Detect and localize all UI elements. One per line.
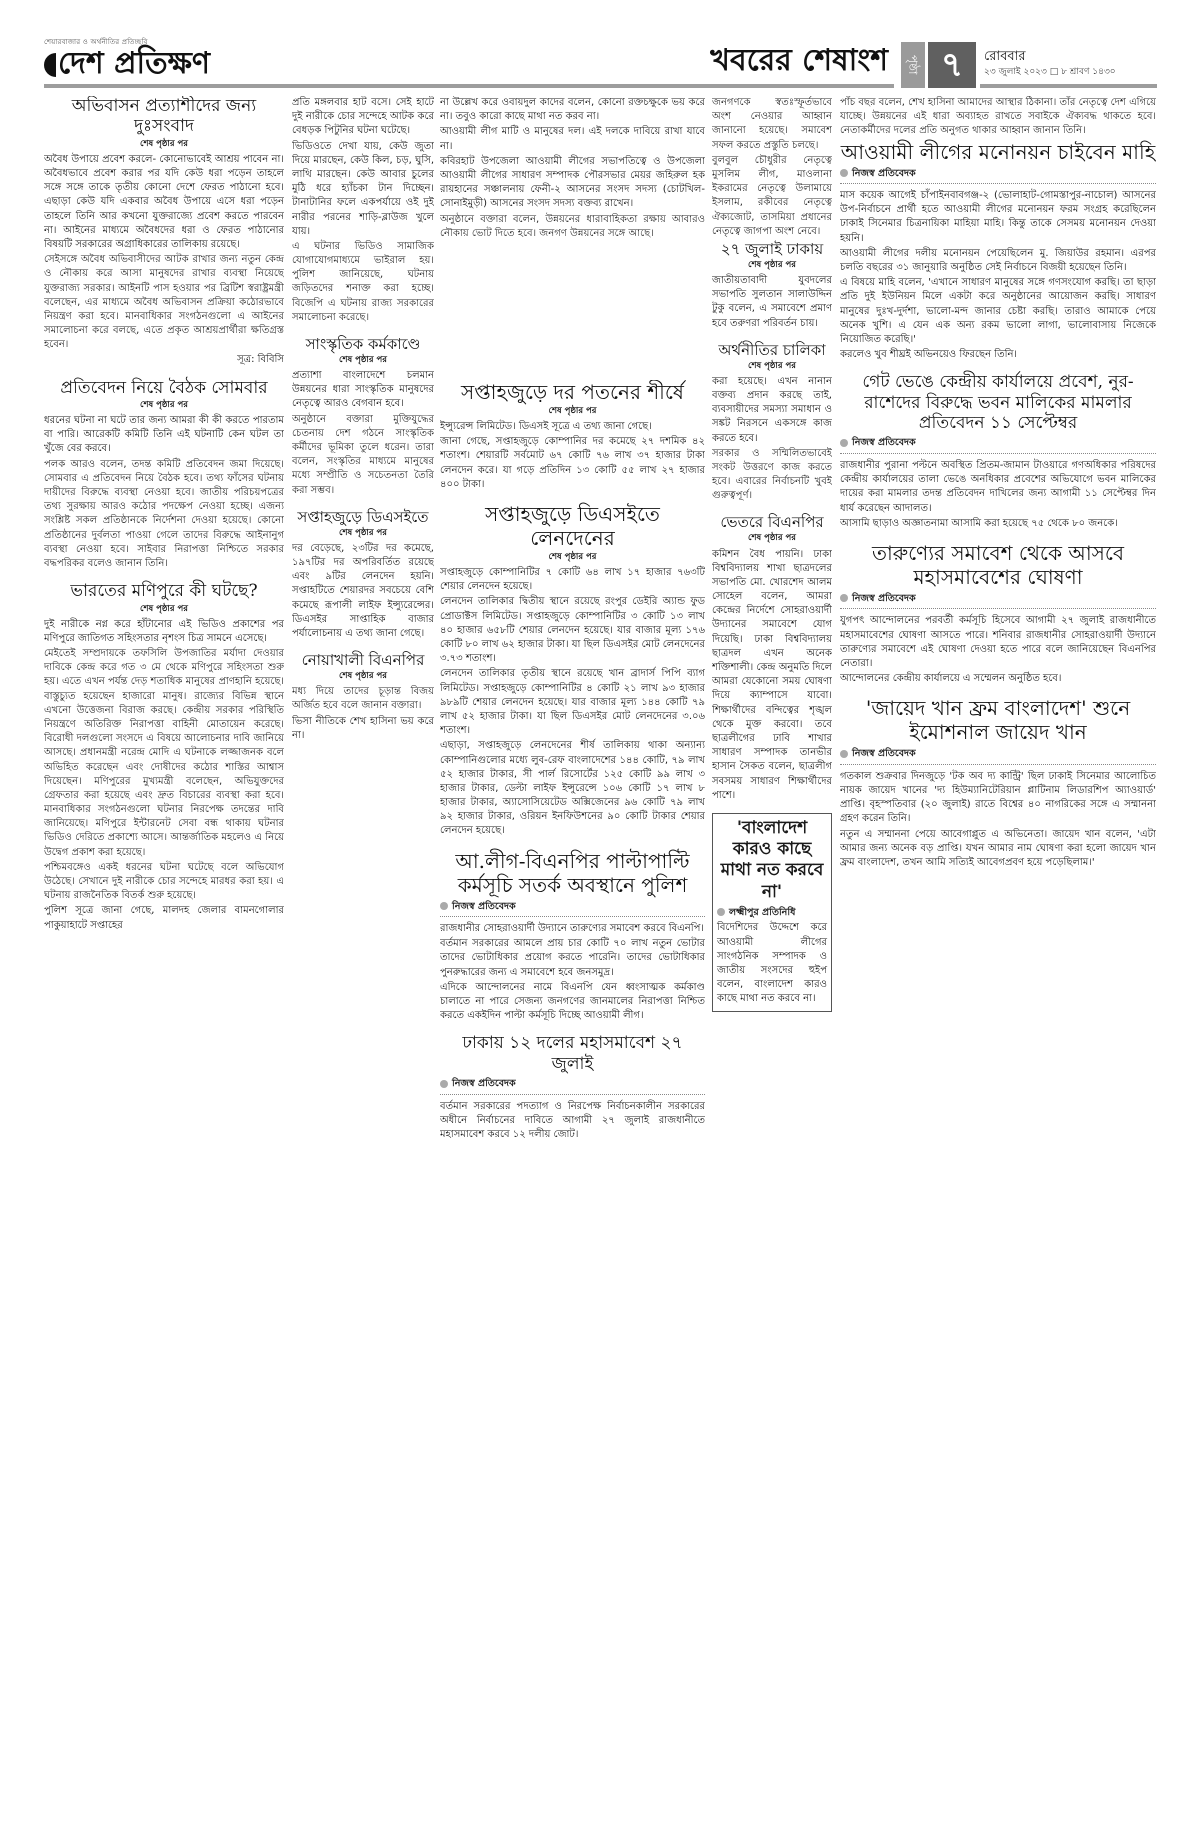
bullet-icon [440,1080,448,1088]
byline: নিজস্ব প্রতিবেদক [452,901,516,912]
logo[interactable]: শেয়ারবাজার ও অর্থনীতির প্রতিচ্ছবি দেশ প… [44,38,210,79]
column-3-top: না উল্লেখ করে ওবায়দুল কাদের বলেন, কোনো … [440,96,705,376]
article-body: অবৈধ উপায়ে প্রবেশ করলে- কোনোভাবেই আশ্রয… [44,153,284,252]
article-manipur[interactable]: ভারতের মণিপুরে কী ঘটছে? শেষ পৃষ্ঠার পর দ… [44,581,284,933]
article-body: লেনদেন তালিকার তৃতীয় স্থানে রয়েছে খান … [440,667,705,738]
article-headline[interactable]: অভিবাসন প্রত্যাশীদের জন্য দুঃসংবাদ [44,96,284,137]
page-label: পৃষ্ঠা [901,42,925,88]
bullet-icon [440,902,448,910]
article-headline[interactable]: সপ্তাহজুড়ে ডিএসইতে [292,508,434,526]
article-body: মাস কয়েক আগেই চাঁপাইনবাবগঞ্জ-২ (ভোলাহাট… [840,189,1156,246]
article-headline[interactable]: ২৭ জুলাই ঢাকায় [712,240,832,258]
article-body: আওয়ামী লীগের দলীয় মনোনয়ন পেয়েছিলেন ম… [840,247,1156,275]
divider [440,916,705,917]
divider [840,453,1156,454]
byline: নিজস্ব প্রতিবেদক [852,748,916,759]
newspaper-page: শেয়ারবাজার ও অর্থনীতির প্রতিচ্ছবি দেশ প… [0,0,1200,1843]
article-headline[interactable]: প্রতিবেদন নিয়ে বৈঠক সোমবার [44,378,284,398]
section-title: খবরের শেষাংশ [710,40,888,83]
emblem-icon [44,53,56,77]
article-price-fall[interactable]: সপ্তাহজুড়ে দর পতনের শীর্ষে শেষ পৃষ্ঠার … [440,380,705,492]
column-5: পাঁচ বছর বলেন, শেখ হাসিনা আমাদের আস্থার … [840,96,1156,1797]
bullet-icon [840,594,848,602]
continued-label: শেষ পৃষ্ঠার পর [292,670,434,682]
continued-label: শেষ পৃষ্ঠার পর [292,527,434,539]
article-body: করলেও খুব শীঘ্রই অভিনয়েও ফিরছেন তিনি। [840,348,1156,362]
article-dse-week[interactable]: সপ্তাহজুড়ে ডিএসইতে শেষ পৃষ্ঠার পর দর বে… [292,508,434,641]
article-body: আসামি ছাড়াও অজ্ঞাতনামা আসামি করা হয়েছে… [840,517,1156,531]
article-youth-rally[interactable]: তারুণ্যের সমাবেশ থেকে আসবে মহাসমাবেশের ঘ… [840,541,1156,686]
article-inside-bnp[interactable]: ভেতরে বিএনপির শেষ পৃষ্ঠার পর কমিশন বৈধ প… [712,513,832,802]
article-july27[interactable]: ২৭ জুলাই ঢাকায় শেষ পৃষ্ঠার পর জাতীয়তাব… [712,240,832,331]
bullet-icon [840,750,848,758]
article-body: প্রতি মঙ্গলবার হাট বসে। সেই হাটে দুই নার… [292,96,434,139]
article-market-incident[interactable]: প্রতি মঙ্গলবার হাট বসে। সেই হাটে দুই নার… [292,96,434,325]
article-body: এ বিষয়ে মাহি বলেন, 'এখানে সাধারণ মানুষে… [840,276,1156,347]
article-body: গতকাল শুক্রবার দিনজুড়ে 'টক অব দ্য কান্ট… [840,770,1156,827]
header-rule [980,84,1157,88]
continued-label: শেষ পৃষ্ঠার পর [712,532,832,544]
article-body: যুগপৎ আন্দোলনের পরবর্তী কর্মসূচি হিসেবে … [840,614,1156,671]
article-body: নতুন এ সম্মাননা পেয়ে আবেগাপ্লুত এ অভিনে… [840,828,1156,871]
article-headline[interactable]: 'বাংলাদেশ কারও কাছে মাথা নত করবে না' [717,818,827,903]
column-2: প্রতি মঙ্গলবার হাট বসে। সেই হাটে দুই নার… [292,96,434,1797]
byline: নিজস্ব প্রতিবেদক [452,1078,516,1089]
article-body: ধরনের ঘটনা না ঘটে তার জন্য আমরা কী কী কর… [44,414,284,457]
article-transactions[interactable]: সপ্তাহজুড়ে ডিএসইতে লেনদেনের শেষ পৃষ্ঠার… [440,502,705,839]
divider [840,183,1156,184]
article-body: এছাড়া, সপ্তাহজুড়ে লেনদেনের শীর্ষ তালিক… [440,739,705,838]
divider [840,764,1156,765]
article-body: কমিশন বৈধ পায়নি। ঢাকা বিশ্ববিদ্যালয় শা… [712,548,832,803]
date-block: রোববার ২৩ জুলাই ২০২৩ □ ৮ শ্রাবণ ১৪৩০ [984,48,1116,79]
article-body: দুই নারীকে নগ্ন করে হাঁটানোর এই ভিডিও প্… [44,618,284,646]
bullet-icon [840,169,848,177]
article-body: ভিসা নীতিকে শেখ হাসিনা ভয় করে না। [292,715,434,743]
article-body: কবিরহাট উপজেলা আওয়ামী লীগের সভাপতিত্বে … [440,155,705,212]
continued-label: শেষ পৃষ্ঠার পর [712,259,832,271]
page-number: ৭ [928,42,976,88]
byline: লক্ষ্মীপুর প্রতিনিধি [729,907,795,918]
continued-label: শেষ পৃষ্ঠার পর [44,399,284,411]
article-body: না উল্লেখ করে ওবায়দুল কাদের বলেন, কোনো … [440,96,705,124]
article-headline[interactable]: ভেতরে বিএনপির [712,513,832,531]
divider [840,608,1156,609]
article-gate[interactable]: গেট ভেঙে কেন্দ্রীয় কার্যালয়ে প্রবেশ, ন… [840,372,1156,531]
masthead: শেয়ারবাজার ও অর্থনীতির প্রতিচ্ছবি দেশ প… [0,0,1200,90]
article-bangladesh-quote[interactable]: 'বাংলাদেশ কারও কাছে মাথা নত করবে না' লক্… [712,813,832,1013]
article-dhaka-rally[interactable]: ঢাকায় ১২ দলের মহাসমাবেশ ২৭ জুলাই নিজস্ব… [440,1033,705,1142]
article-economy[interactable]: অর্থনীতির চালিকা শেষ পৃষ্ঠার পর করা হয়ে… [712,341,832,504]
column-1: অভিবাসন প্রত্যাশীদের জন্য দুঃসংবাদ শেষ প… [44,96,284,1797]
continued-label: শেষ পৃষ্ঠার পর [712,360,832,372]
continued-label: শেষ পৃষ্ঠার পর [440,551,705,563]
article-body: করা হয়েছে। এখন নানান বক্তব্য প্রদান করছ… [712,375,832,446]
article-headline[interactable]: সপ্তাহজুড়ে ডিএসইতে লেনদেনের [440,502,705,550]
continued-label: শেষ পৃষ্ঠার পর [44,603,284,615]
byline: নিজস্ব প্রতিবেদক [852,593,916,604]
article-headline[interactable]: ঢাকায় ১২ দলের মহাসমাবেশ ২৭ জুলাই [440,1033,705,1074]
date: ২৩ জুলাই ২০২৩ □ ৮ শ্রাবণ ১৪৩০ [984,66,1116,79]
article-headline[interactable]: তারুণ্যের সমাবেশ থেকে আসবে মহাসমাবেশের ঘ… [840,541,1156,589]
logo-text: দেশ প্রতিক্ষণ [58,46,210,81]
article-body: লেনদেন তালিকার দ্বিতীয় স্থানে রয়েছে রং… [440,595,705,666]
article-body: সপ্তাহজুড়ে কোম্পানিটির ৭ কোটি ৬৪ লাখ ১৭… [440,566,705,594]
article-zayed[interactable]: 'জায়েদ খান ফ্রম বাংলাদেশ' শুনে ইমোশনাল … [840,696,1156,870]
continued-label: শেষ পৃষ্ঠার পর [440,405,705,417]
divider [440,1094,705,1095]
article-footer: পুলিশ সূত্রে জানা গেছে, মালদহ জেলার বামন… [44,904,284,932]
byline: নিজস্ব প্রতিবেদক [852,168,916,179]
article-headline[interactable]: নোয়াখালী বিএনপির [292,651,434,669]
continued-label: শেষ পৃষ্ঠার পর [44,138,284,150]
byline: নিজস্ব প্রতিবেদক [852,437,916,448]
article-immigration[interactable]: অভিবাসন প্রত্যাশীদের জন্য দুঃসংবাদ শেষ প… [44,96,284,368]
article-body: ভিডিওতে দেখা যায়, কেউ জুতা দিয়ে মারছেন… [292,140,434,239]
continued-label: শেষ পৃষ্ঠার পর [292,354,434,366]
article-headline[interactable]: সপ্তাহজুড়ে দর পতনের শীর্ষে [440,380,705,404]
source-credit: সূত্র: বিবিসি [44,353,284,367]
article-headline[interactable]: সাংস্কৃতিক কর্মকাণ্ডে [292,335,434,353]
article-body: এদিকে আন্দোলনের নামে বিএনপি যেন ধ্বংসাত্… [440,981,705,1024]
article-noakhali[interactable]: নোয়াখালী বিএনপির শেষ পৃষ্ঠার পর মধ্য দি… [292,651,434,743]
weekday: রোববার [984,48,1116,66]
article-headline[interactable]: 'জায়েদ খান ফ্রম বাংলাদেশ' শুনে ইমোশনাল … [840,696,1156,744]
article-body: দর বেড়েছে, ২৩টির দর কমেছে, ১৯৭টির দর অপ… [292,542,434,641]
column-4: জনগণকে স্বতঃস্ফূর্তভাবে অংশ নেওয়ার আহ্ব… [712,96,832,1797]
article-body: বর্তমান সরকারের আমলে প্রায় চার কোটি ৭০ … [440,937,705,980]
article-body: প্রত্যাশা বাংলাদেশে চলমান উন্নয়নের ধারা… [292,369,434,412]
article-body: জাতীয়তাবাদী যুবদলের সভাপতি সুলতান সালাউ… [712,274,832,331]
article-mahi[interactable]: আওয়ামী লীগের মনোনয়ন চাইবেন মাহি নিজস্ব… [840,140,1156,363]
article-body: রাজধানীর পুরানা পল্টনে অবস্থিত প্রিতম-জা… [840,459,1156,516]
article-headline[interactable]: গেট ভেঙে কেন্দ্রীয় কার্যালয়ে প্রবেশ, ন… [840,372,1156,433]
article-body: জানা গেছে, সপ্তাহজুড়ে কোম্পানির দর কমেছ… [440,435,705,492]
article-body: বিদেশিদের উদ্দেশে করে আওয়ামী লীগের সাংগ… [717,921,827,1006]
header-rule [44,84,894,88]
article-body: বর্তমান সরকারের পদত্যাগ ও নিরপেক্ষ নির্ব… [440,1100,705,1143]
article-body: ইন্স্যুরেন্স লিমিটেড। ডিএসই সূত্রে এ তথ্… [440,420,705,434]
article-headline[interactable]: ভারতের মণিপুরে কী ঘটছে? [44,581,284,601]
article-cultural[interactable]: সাংস্কৃতিক কর্মকাণ্ডে শেষ পৃষ্ঠার পর প্র… [292,335,434,498]
article-al-bnp[interactable]: আ.লীগ-বিএনপির পাল্টাপাল্টি কর্মসূচি সতর্… [440,849,705,1024]
column-3-stories: সপ্তাহজুড়ে দর পতনের শীর্ষে শেষ পৃষ্ঠার … [440,380,705,1797]
article-feni[interactable]: না উল্লেখ করে ওবায়দুল কাদের বলেন, কোনো … [440,96,705,241]
article-body: আন্দোলনের কেন্দ্রীয় কার্যালয়ে এ সম্মেল… [840,672,1156,686]
article-meeting[interactable]: প্রতিবেদন নিয়ে বৈঠক সোমবার শেষ পৃষ্ঠার … [44,378,284,572]
article-headline[interactable]: অর্থনীতির চালিকা [712,341,832,359]
bullet-icon [717,908,725,916]
bullet-icon [840,439,848,447]
article-headline[interactable]: আ.লীগ-বিএনপির পাল্টাপাল্টি কর্মসূচি সতর্… [440,849,705,897]
article-headline[interactable]: আওয়ামী লীগের মনোনয়ন চাইবেন মাহি [840,140,1156,164]
article-body: আওয়ামী লীগ মাটি ও মানুষের দল। এই দলকে দ… [440,125,705,153]
article-body: রাজধানীর সোহরাওয়ার্দী উদ্যানে তারুণ্যের… [440,922,705,936]
